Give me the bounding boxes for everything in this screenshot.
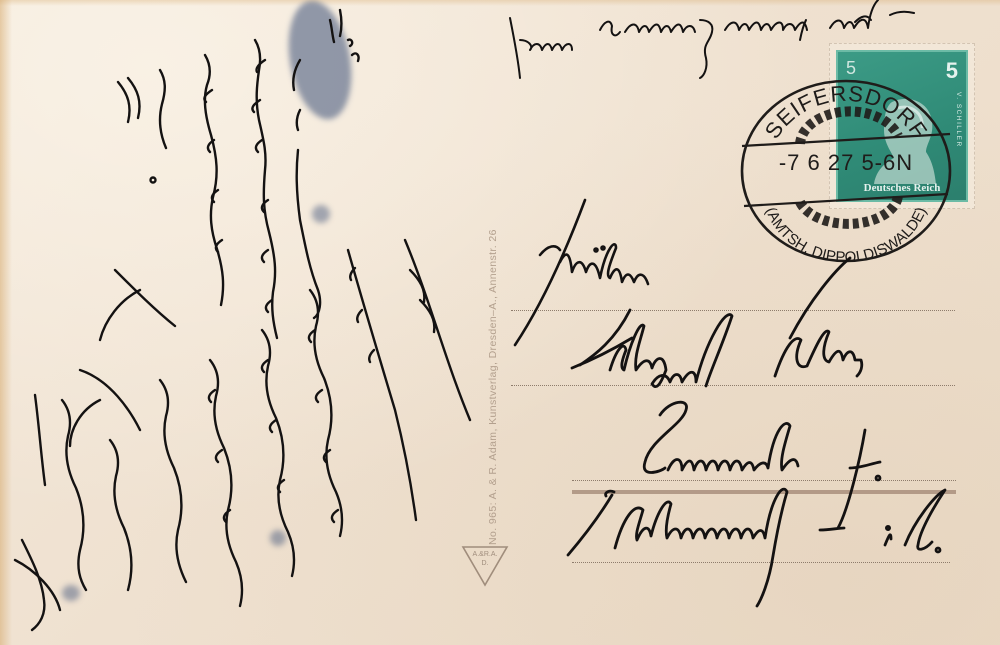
ink-blot xyxy=(62,585,80,601)
postmark: SEIFERSDORF (AMTSH. DIPPOLDISWALDE) -7 6… xyxy=(738,78,954,264)
postmark-date: -7 6 27 5-6N xyxy=(760,150,932,176)
svg-text:(AMTSH. DIPPOLDISWALDE): (AMTSH. DIPPOLDISWALDE) xyxy=(762,205,930,266)
address-rule-bar xyxy=(572,490,956,494)
address-rule-2 xyxy=(511,385,955,386)
stamp-portrait-label: V. SCHILLER xyxy=(955,92,962,148)
address-postoffice-script xyxy=(568,489,945,606)
worn-left-edge xyxy=(0,0,12,645)
ink-blot xyxy=(280,0,360,124)
address-rule-1 xyxy=(511,310,955,311)
publisher-imprint: No. 965: A. & R. Adam, Kunstverlag, Dres… xyxy=(487,229,499,545)
address-salutation-script xyxy=(515,200,648,345)
message-script xyxy=(15,10,470,630)
worn-top-edge xyxy=(0,0,1000,6)
address-rule-3 xyxy=(572,480,956,481)
logo-line-1: A.&R.A. xyxy=(461,550,509,559)
ink-blot xyxy=(270,530,286,546)
address-town-script xyxy=(644,402,880,528)
address-name-script xyxy=(572,258,862,387)
stamp-value-left: 5 xyxy=(846,58,856,79)
postcard: No. 965: A. & R. Adam, Kunstverlag, Dres… xyxy=(0,0,1000,645)
logo-line-2: D. xyxy=(461,559,509,568)
publisher-logo: A.&R.A. D. xyxy=(461,545,509,587)
address-rule-4 xyxy=(572,562,950,563)
ink-blot xyxy=(312,205,330,223)
